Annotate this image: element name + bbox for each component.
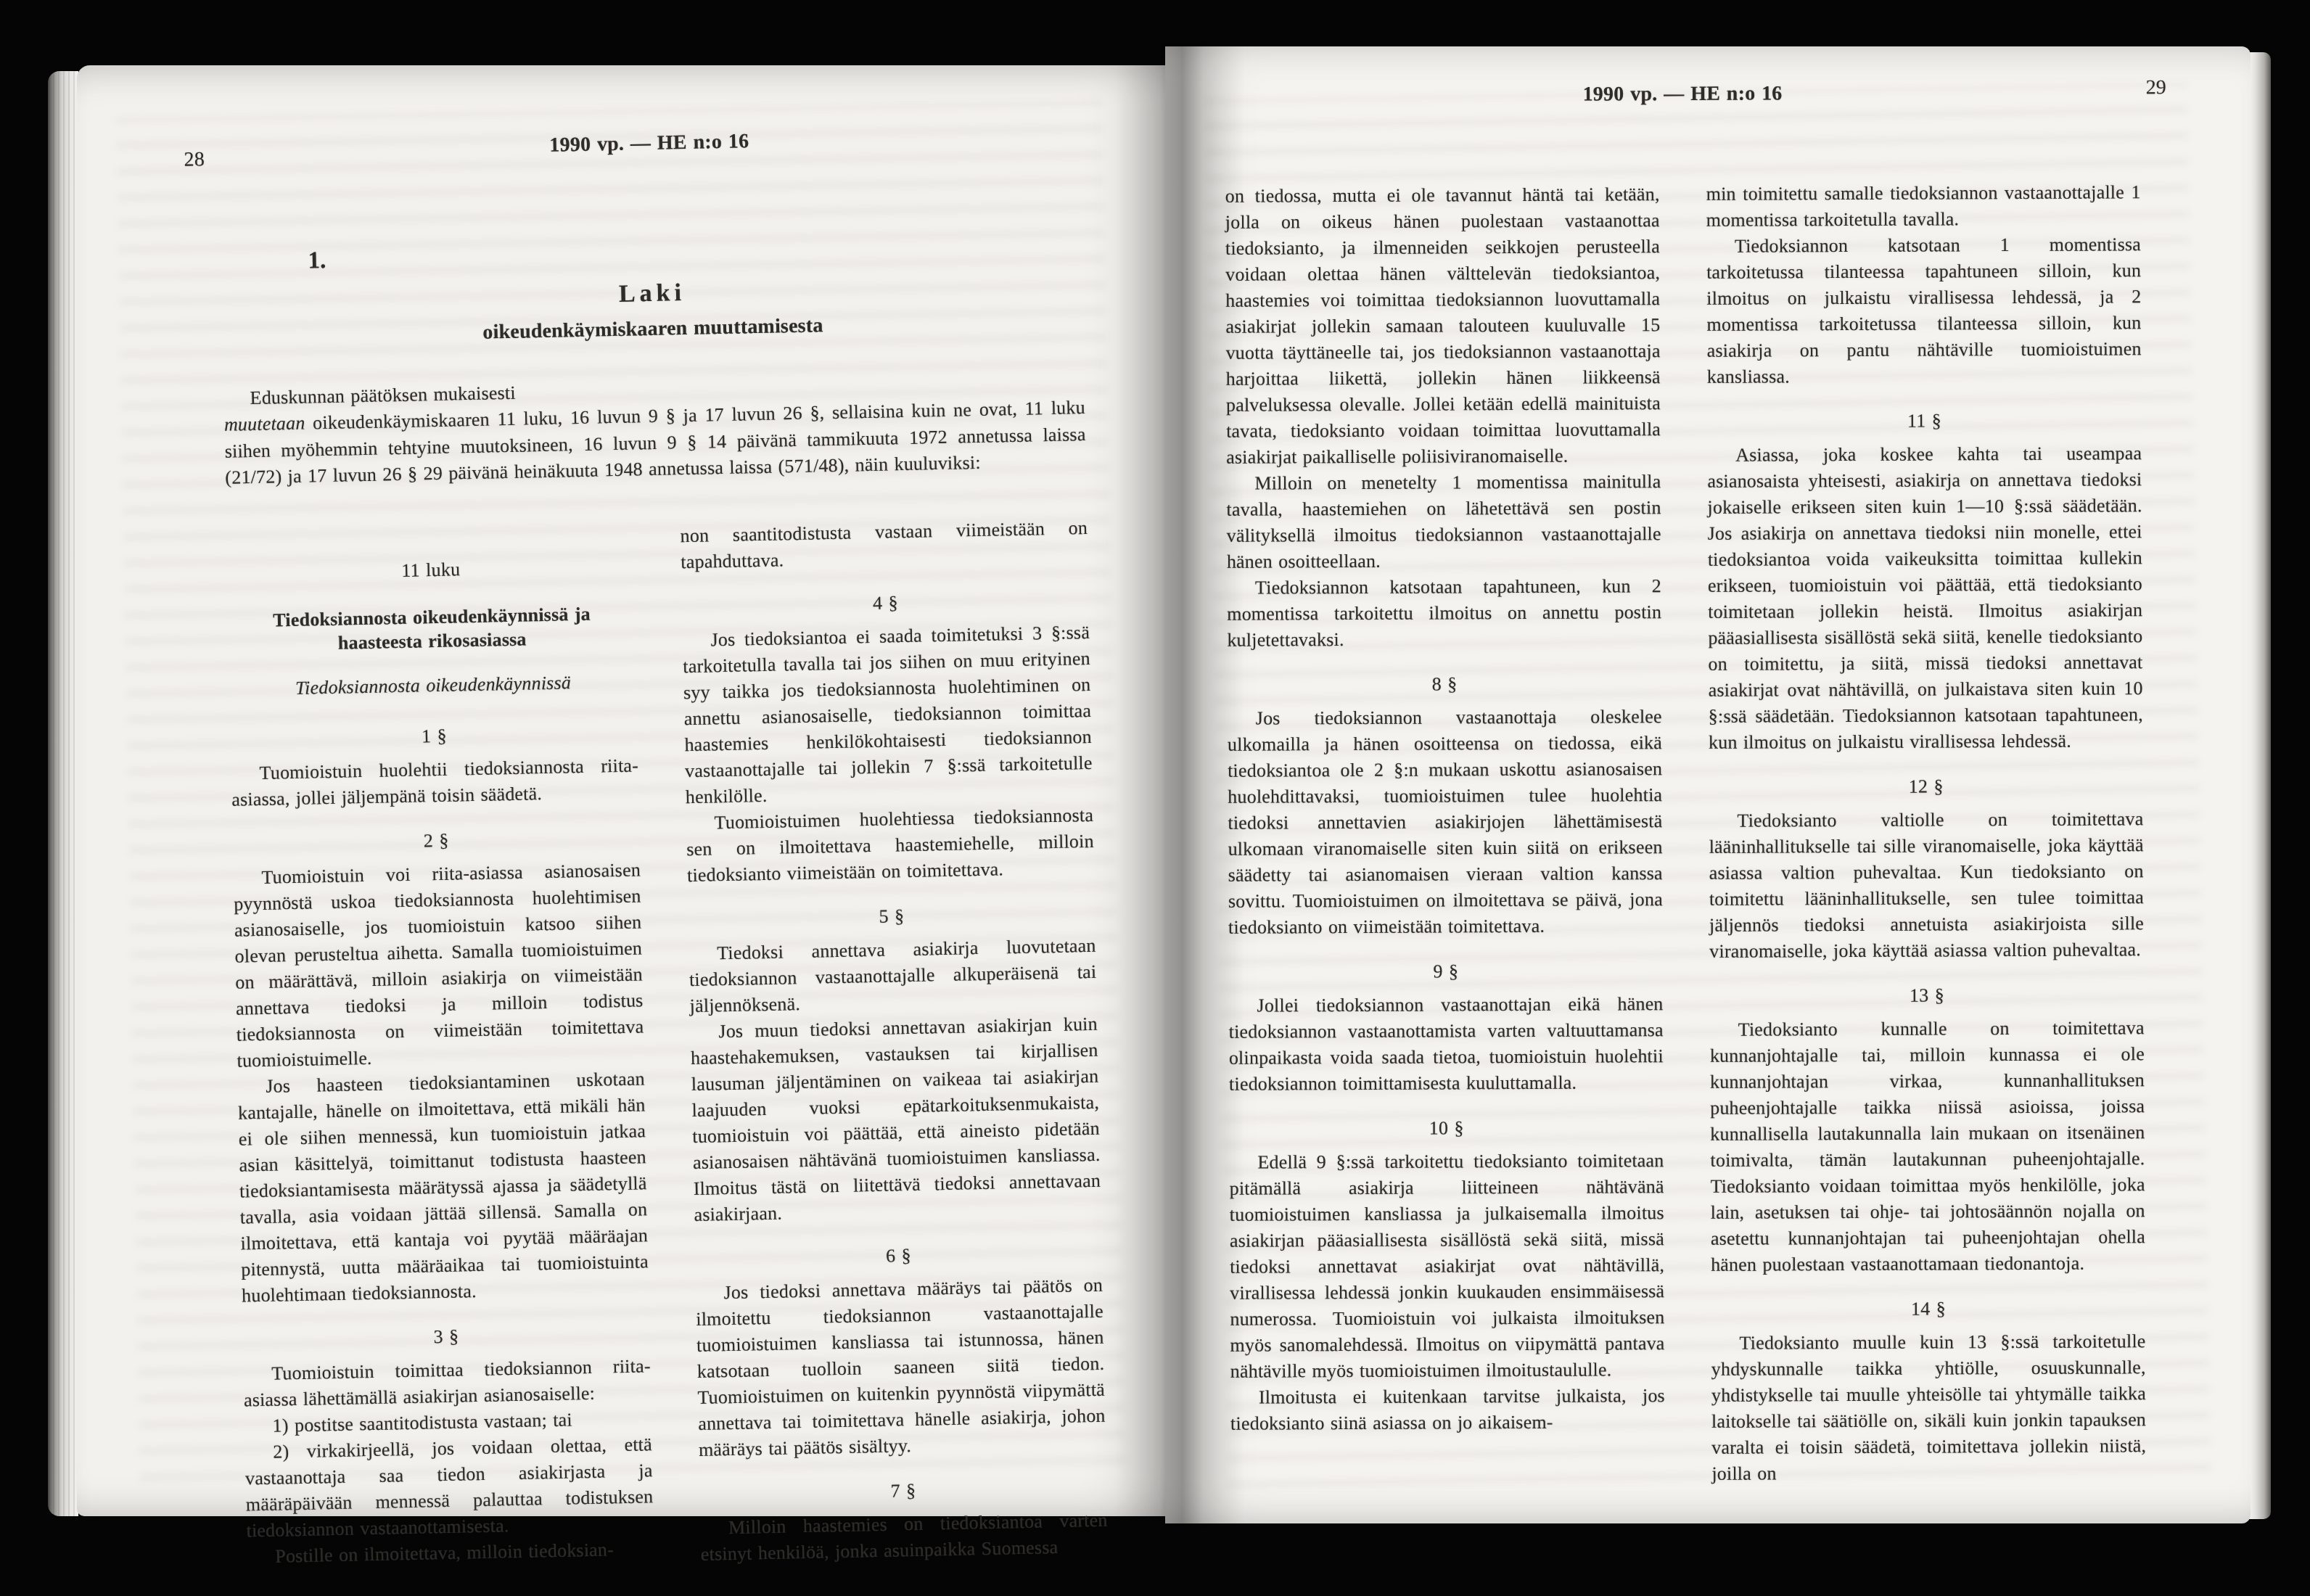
law-title: Laki (221, 271, 1083, 316)
paragraph: Tiedoksianto muulle kuin 13 §:ssä tarkoi… (1711, 1328, 2147, 1487)
chapter-title: Tiedoksiannosta oikeudenkäynnissä ja haa… (228, 601, 636, 658)
continuation-paragraph: min toimitettu samalle tiedoksiannon vas… (1706, 179, 2141, 234)
paragraph: Tiedoksianto kunnalle on toimitettava ku… (1710, 1015, 2146, 1278)
page-stack-edge-right (2249, 52, 2271, 1519)
paragraph: Jos tiedoksiantoa ei saada toimitetuksi … (682, 620, 1093, 810)
two-column-text: 11 lukuTiedoksiannosta oikeudenkäynnissä… (226, 515, 1109, 1577)
paragraph: Milloin haastemies on tiedoksiantoa vart… (700, 1507, 1109, 1567)
section-mark: 5 § (688, 899, 1096, 933)
left-page-content: 28 1990 vp. — HE n:o 16 1. Laki oikeuden… (218, 123, 1106, 1491)
section-mark: 14 § (1711, 1295, 2145, 1323)
paragraph: Milloin on menetelty 1 momentissa mainit… (1226, 469, 1661, 575)
section-mark: 13 § (1709, 982, 2144, 1010)
scanned-book-spread: 28 1990 vp. — HE n:o 16 1. Laki oikeuden… (0, 0, 2310, 1596)
chapter-heading: 11 luku (227, 553, 635, 587)
paragraph: Tiedoksianto valtiolle on toimitettava l… (1709, 806, 2144, 965)
paragraph: Tiedoksiannon katsotaan 1 momentissa tar… (1706, 231, 2142, 390)
section-mark: 4 § (681, 586, 1089, 620)
paragraph: Tuomioistuin huolehtii tiedoksiannosta r… (231, 753, 639, 813)
section-mark: 10 § (1229, 1114, 1664, 1143)
law-subtitle: oikeudenkäymiskaaren muuttamisesta (222, 309, 1083, 350)
paragraph: Ilmoitusta ei kuitenkaan tarvitse julkai… (1230, 1383, 1665, 1437)
enacting-verb-italic: muutetaan (224, 413, 305, 435)
right-page-content: 1990 vp. — HE n:o 16 29 on tiedossa, mut… (1225, 81, 2146, 1496)
page-header: 28 1990 vp. — HE n:o 16 (218, 123, 1080, 173)
section-mark: 1 § (230, 720, 638, 754)
paragraph: Tuomioistuin voi riita-asiassa asianosai… (233, 857, 644, 1074)
page-number: 29 (2146, 76, 2167, 99)
right-page-column-2: min toimitettu samalle tiedoksiannon vas… (1706, 179, 2147, 1487)
page-stack-edge-left (48, 71, 78, 1516)
book-spread: 28 1990 vp. — HE n:o 16 1. Laki oikeuden… (48, 35, 2277, 1552)
running-title: 1990 vp. — HE n:o 16 (218, 123, 1080, 164)
section-mark: 12 § (1709, 773, 2143, 801)
running-title: 1990 vp. — HE n:o 16 (1225, 81, 2140, 108)
two-column-text: on tiedossa, mutta ei ole tavannut häntä… (1225, 179, 2147, 1489)
paragraph: Edellä 9 §:ssä tarkoitettu tiedoksianto … (1229, 1148, 1664, 1385)
continuation-paragraph: non saantitodistusta vastaan viimeistään… (680, 515, 1088, 575)
right-page-column-1: on tiedossa, mutta ei ole tavannut häntä… (1225, 181, 1666, 1489)
left-page-column-1: 11 lukuTiedoksiannosta oikeudenkäynnissä… (226, 524, 654, 1576)
enacting-clause: Eduskunnan päätöksen mukaisesti muutetaa… (223, 369, 1087, 491)
enacting-paragraph: muutetaan oikeudenkäymiskaaren 11 luku, … (224, 395, 1087, 491)
left-page-column-2: non saantitodistusta vastaan viimeistään… (680, 515, 1108, 1568)
sub-heading: Tiedoksiannosta oikeudenkäynnissä (229, 669, 637, 703)
section-mark: 8 § (1228, 670, 1662, 699)
enacting-paragraph-rest: oikeudenkäymiskaaren 11 luku, 16 luvun 9… (224, 397, 1085, 488)
paragraph: Asiassa, joka koskee kahta tai useampaa … (1707, 440, 2143, 756)
page-number: 28 (184, 148, 205, 172)
paragraph: Tiedoksi annettava asiakirja luovutetaan… (689, 932, 1098, 1019)
right-page: 1990 vp. — HE n:o 16 29 on tiedossa, mut… (1165, 46, 2251, 1523)
section-mark: 3 § (242, 1320, 650, 1354)
left-page: 28 1990 vp. — HE n:o 16 1. Laki oikeuden… (77, 65, 1165, 1516)
paragraph: Tuomioistuimen huolehtiessa tiedoksianno… (686, 802, 1095, 888)
paragraph: Jos tiedoksi annettava määräys tai päätö… (695, 1272, 1106, 1463)
section-mark: 6 § (694, 1238, 1102, 1272)
paragraph: Tuomioistuin toimittaa tiedoksiannon rii… (243, 1353, 652, 1413)
paragraph: Jos muun tiedoksi annettavan asiakirjan … (690, 1011, 1101, 1227)
section-mark: 2 § (232, 824, 640, 858)
paragraph: Jos tiedoksiannon vastaanottaja oleskele… (1228, 704, 1663, 941)
section-mark: 7 § (699, 1473, 1107, 1507)
page-header: 1990 vp. — HE n:o 16 29 (1225, 81, 2140, 117)
paragraph: Jollei tiedoksiannon vastaanottajan eikä… (1228, 991, 1664, 1098)
paragraph: Jos haasteen tiedoksiantaminen uskotaan … (237, 1066, 649, 1309)
paragraph: 2) virkakirjeellä, jos voidaan olettaa, … (244, 1431, 654, 1544)
paragraph: Tiedoksiannon katsotaan tapahtuneen, kun… (1227, 573, 1661, 654)
section-mark: 11 § (1707, 407, 2142, 435)
continuation-paragraph: on tiedossa, mutta ei ole tavannut häntä… (1225, 181, 1661, 471)
section-mark: 9 § (1228, 958, 1663, 986)
law-item-number: 1. (308, 247, 326, 274)
